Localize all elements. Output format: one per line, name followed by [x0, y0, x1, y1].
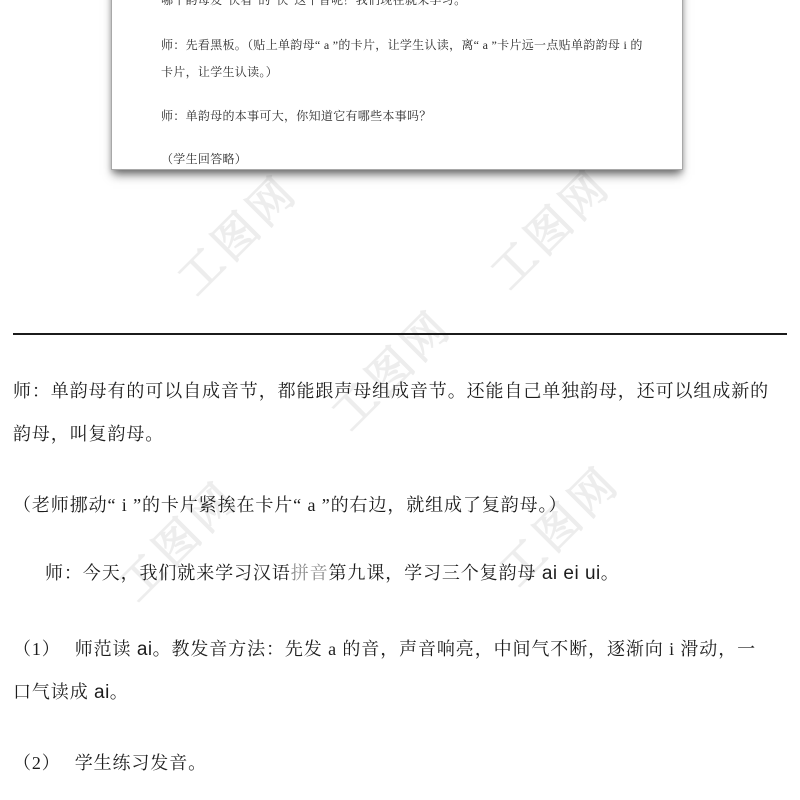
watermark: 工图网 — [473, 151, 622, 300]
vowel-ai: ai — [94, 682, 110, 703]
page-text-line: （学生回答略） — [161, 152, 668, 166]
lesson-intro-text: 师：今天，我们就来学习汉语 — [45, 563, 291, 583]
page-text-line: 师：单韵母的本事可大，你知道它有哪些本事吗？ — [161, 109, 668, 123]
para-step-2: （2）学生练习发音。 — [13, 742, 789, 785]
step-1-text: 师范读 — [75, 639, 137, 659]
vowels-ai-ei-ui: ai ei ui — [542, 563, 601, 584]
step-number: （2） — [13, 753, 61, 773]
lesson-intro-text: 。 — [601, 563, 620, 583]
lesson-intro-text: 第九课，学习三个复韵母 — [329, 563, 542, 583]
step-1-text: 。 — [110, 682, 129, 702]
watermark: 工图网 — [160, 157, 309, 306]
para-lesson-intro: 师：今天，我们就来学习汉语拼音第九课，学习三个复韵母 ai ei ui。 — [13, 552, 789, 595]
para-step-1: （1）师范读 ai。教发音方法：先发 a 的音，声音响亮，中间气不断，逐渐向 i… — [13, 628, 789, 714]
para-compound-vowel-intro: 师：单韵母有的可以自成音节，都能跟声母组成音节。还能自己单独韵母，还可以组成新的… — [13, 370, 789, 456]
document-preview-page: 工图网 工图网 工图网 工图网 工图网 哪个韵母发“快看”的“快”这个音呢？我们… — [0, 0, 800, 800]
page-text-line: 师：先看黑板。（贴上单韵母“ a ”的卡片，让学生认读，离“ a ”卡片远一点贴… — [161, 38, 668, 52]
page-text-line: 卡片，让学生认读。） — [161, 65, 668, 79]
para-teacher-card-action: （老师挪动“ i ”的卡片紧挨在卡片“ a ”的右边，就组成了复韵母。） — [13, 484, 789, 527]
step-number: （1） — [13, 639, 61, 659]
vowel-ai: ai — [137, 639, 153, 660]
keyword-pinyin[interactable]: 拼音 — [291, 563, 329, 583]
step-2-text: 学生练习发音。 — [75, 753, 207, 773]
page-text-line: 哪个韵母发“快看”的“快”这个音呢？我们现在就来学习。 — [161, 0, 668, 7]
divider-rule — [13, 333, 787, 335]
page-image-preview: 哪个韵母发“快看”的“快”这个音呢？我们现在就来学习。 师：先看黑板。（贴上单韵… — [111, 0, 683, 170]
